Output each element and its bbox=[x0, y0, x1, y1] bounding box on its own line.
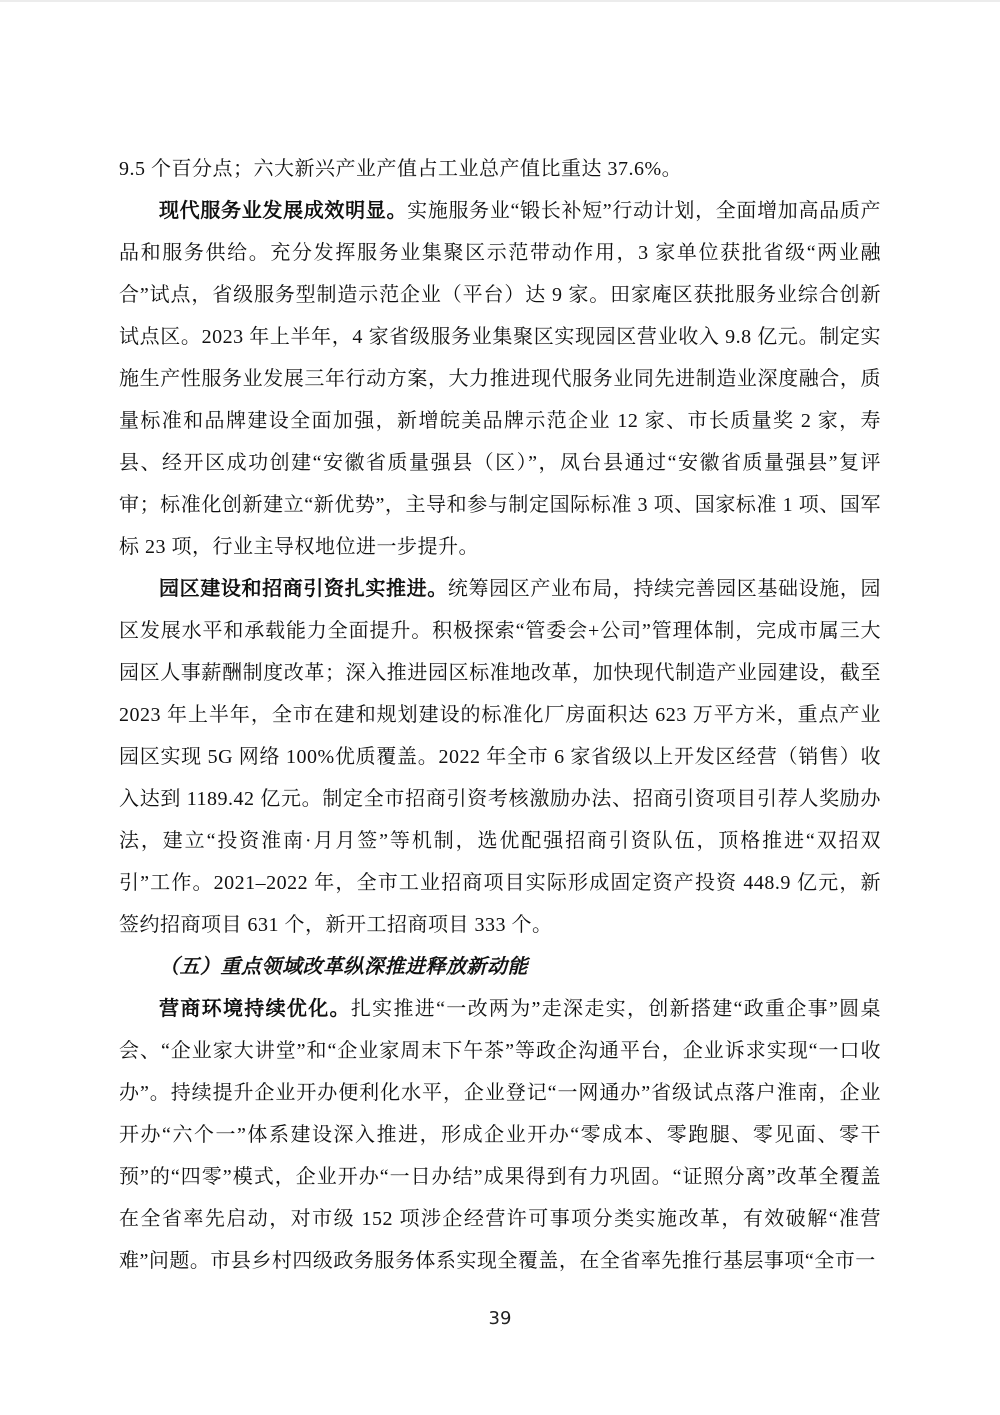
document-page: 9.5 个百分点；六大新兴产业产值占工业总产值比重达 37.6%。 现代服务业发… bbox=[0, 0, 1000, 1415]
section-heading-text: （五）重点领域改革纵深推进释放新动能 bbox=[159, 956, 528, 978]
paragraph-business-environment: 营商环境持续优化。扎实推进“一改两为”走深走实，创新搭建“政重企事”圆桌会、“企… bbox=[119, 988, 881, 1282]
section-heading: （五）重点领域改革纵深推进释放新动能 bbox=[119, 946, 881, 988]
paragraph-lead: 营商环境持续优化。 bbox=[159, 998, 351, 1020]
paragraph-text: 9.5 个百分点；六大新兴产业产值占工业总产值比重达 37.6%。 bbox=[119, 158, 682, 180]
paragraph-text: 统筹园区产业布局，持续完善园区基础设施，园区发展水平和承载能力全面提升。积极探索… bbox=[119, 578, 881, 936]
paragraph-lead: 现代服务业发展成效明显。 bbox=[159, 200, 407, 222]
page-number: 39 bbox=[0, 1308, 1000, 1329]
document-body: 9.5 个百分点；六大新兴产业产值占工业总产值比重达 37.6%。 现代服务业发… bbox=[119, 148, 881, 1282]
paragraph-continuation: 9.5 个百分点；六大新兴产业产值占工业总产值比重达 37.6%。 bbox=[119, 148, 881, 190]
paragraph-park-investment: 园区建设和招商引资扎实推进。统筹园区产业布局，持续完善园区基础设施，园区发展水平… bbox=[119, 568, 881, 946]
paragraph-text: 实施服务业“锻长补短”行动计划，全面增加高品质产品和服务供给。充分发挥服务业集聚… bbox=[119, 200, 881, 558]
paragraph-lead: 园区建设和招商引资扎实推进。 bbox=[159, 578, 448, 600]
paragraph-text: 扎实推进“一改两为”走深走实，创新搭建“政重企事”圆桌会、“企业家大讲堂”和“企… bbox=[119, 998, 881, 1272]
paragraph-modern-services: 现代服务业发展成效明显。实施服务业“锻长补短”行动计划，全面增加高品质产品和服务… bbox=[119, 190, 881, 568]
